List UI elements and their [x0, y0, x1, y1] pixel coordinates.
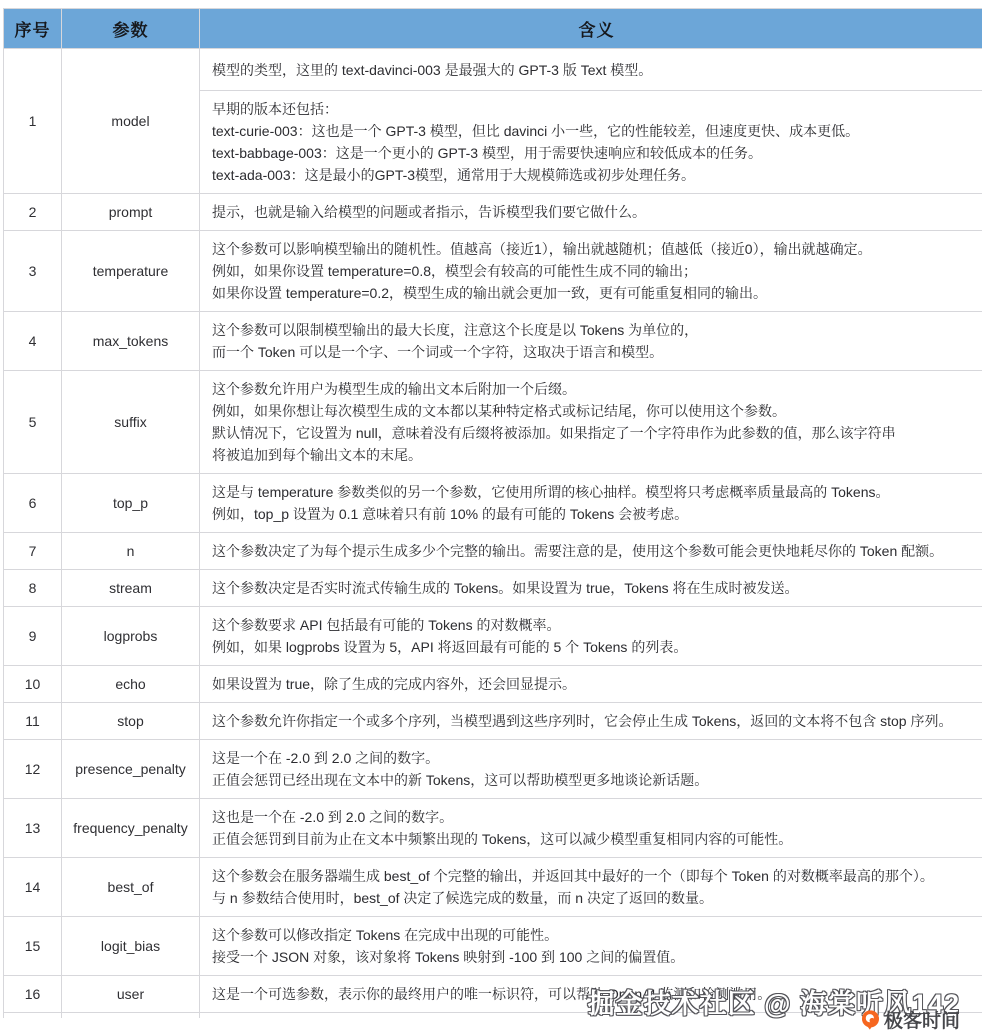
- table-row: 12 presence_penalty 这是一个在 -2.0 到 2.0 之间的…: [4, 740, 982, 799]
- table-row: 15 logit_bias 这个参数可以修改指定 Tokens 在完成中出现的可…: [4, 917, 982, 976]
- table-row: 6 top_p 这是与 temperature 参数类似的另一个参数，它使用所谓…: [4, 474, 982, 533]
- param-name-cell: frequency_penalty: [62, 799, 200, 858]
- param-name-cell: logprobs: [62, 607, 200, 666]
- row-number-cell: 9: [4, 607, 62, 666]
- row-number-cell: 15: [4, 917, 62, 976]
- brand-watermark: 极客时间: [860, 1006, 960, 1032]
- table-row: 10 echo 如果设置为 true，除了生成的完成内容外，还会回显提示。: [4, 666, 982, 703]
- param-name-cell: model: [62, 49, 200, 194]
- row-number-cell: 5: [4, 371, 62, 474]
- row-number-cell: 13: [4, 799, 62, 858]
- meaning-cell: 这个参数可以限制模型输出的最大长度，注意这个长度是以 Tokens 为单位的， …: [200, 312, 982, 371]
- table-row: 14 best_of 这个参数会在服务器端生成 best_of 个完整的输出，并…: [4, 858, 982, 917]
- header-col-meaning: 含义: [200, 9, 982, 49]
- meaning-cell: 如果设置为 true，除了生成的完成内容外，还会回显提示。: [200, 666, 982, 703]
- param-name-cell: stream: [62, 570, 200, 607]
- meaning-cell: 这个参数决定了为每个提示生成多少个完整的输出。需要注意的是，使用这个参数可能会更…: [200, 533, 982, 570]
- param-name-cell: temperature: [62, 231, 200, 312]
- table-header-row: 序号 参数 含义: [4, 9, 982, 49]
- row-number-cell: 11: [4, 703, 62, 740]
- meaning-cell: 这是一个在 -2.0 到 2.0 之间的数字。 正值会惩罚已经出现在文本中的新 …: [200, 740, 982, 799]
- row-number-cell: 10: [4, 666, 62, 703]
- meaning-cell: 这个参数会在服务器端生成 best_of 个完整的输出，并返回其中最好的一个（即…: [200, 858, 982, 917]
- row-number-cell: 1: [4, 49, 62, 194]
- meaning-cell: 提示，也就是输入给模型的问题或者指示，告诉模型我们要它做什么。: [200, 194, 982, 231]
- row-number-cell: 6: [4, 474, 62, 533]
- meaning-cell: 这个参数允许你指定一个或多个序列，当模型遇到这些序列时，它会停止生成 Token…: [200, 703, 982, 740]
- meaning-cell: 这个参数决定是否实时流式传输生成的 Tokens。如果设置为 true，Toke…: [200, 570, 982, 607]
- table-row: 11 stop 这个参数允许你指定一个或多个序列，当模型遇到这些序列时，它会停止…: [4, 703, 982, 740]
- table-row: 13 frequency_penalty 这也是一个在 -2.0 到 2.0 之…: [4, 799, 982, 858]
- meaning-cell: 这也是一个在 -2.0 到 2.0 之间的数字。 正值会惩罚到目前为止在文本中频…: [200, 799, 982, 858]
- row-number-cell: 2: [4, 194, 62, 231]
- row-number-cell: 12: [4, 740, 62, 799]
- table-row: 2 prompt 提示，也就是输入给模型的问题或者指示，告诉模型我们要它做什么。: [4, 194, 982, 231]
- meaning-cell: 这个参数可以修改指定 Tokens 在完成中出现的可能性。 接受一个 JSON …: [200, 917, 982, 976]
- meaning-cell: 模型的类型，这里的 text-davinci-003 是最强大的 GPT-3 版…: [200, 49, 982, 91]
- param-name-cell: user: [62, 976, 200, 1013]
- meaning-cell: 早期的版本还包括： text-curie-003：这也是一个 GPT-3 模型，…: [200, 91, 982, 194]
- param-name-cell: presence_penalty: [62, 740, 200, 799]
- table-row: 8 stream 这个参数决定是否实时流式传输生成的 Tokens。如果设置为 …: [4, 570, 982, 607]
- parameters-table-container: 序号 参数 含义 1 model 模型的类型，这里的 text-davinci-…: [3, 8, 982, 1018]
- row-number-cell: 14: [4, 858, 62, 917]
- row-number-cell: 3: [4, 231, 62, 312]
- header-col-number: 序号: [4, 9, 62, 49]
- meaning-cell: 这个参数可以影响模型输出的随机性。值越高（接近1），输出就越随机；值越低（接近0…: [200, 231, 982, 312]
- parameters-table: 序号 参数 含义 1 model 模型的类型，这里的 text-davinci-…: [3, 8, 982, 1018]
- param-name-cell: suffix: [62, 371, 200, 474]
- param-name-cell: prompt: [62, 194, 200, 231]
- param-name-cell: top_p: [62, 474, 200, 533]
- table-row: 4 max_tokens 这个参数可以限制模型输出的最大长度，注意这个长度是以 …: [4, 312, 982, 371]
- table-row: 9 logprobs 这个参数要求 API 包括最有可能的 Tokens 的对数…: [4, 607, 982, 666]
- row-number-cell: 8: [4, 570, 62, 607]
- row-number-cell: 4: [4, 312, 62, 371]
- param-name-cell: stop: [62, 703, 200, 740]
- meaning-cell: 这是与 temperature 参数类似的另一个参数，它使用所谓的核心抽样。模型…: [200, 474, 982, 533]
- row-number-cell: 7: [4, 533, 62, 570]
- row-number-cell: 16: [4, 976, 62, 1013]
- param-name-cell: logit_bias: [62, 917, 200, 976]
- param-name-cell: max_tokens: [62, 312, 200, 371]
- geektime-logo-icon: [860, 1009, 881, 1030]
- meaning-cell: 这个参数允许用户为模型生成的输出文本后附加一个后缀。 例如，如果你想让每次模型生…: [200, 371, 982, 474]
- table-row: 5 suffix 这个参数允许用户为模型生成的输出文本后附加一个后缀。 例如，如…: [4, 371, 982, 474]
- meaning-cell: 这个参数要求 API 包括最有可能的 Tokens 的对数概率。 例如，如果 l…: [200, 607, 982, 666]
- param-name-cell: n: [62, 533, 200, 570]
- header-col-parameter: 参数: [62, 9, 200, 49]
- param-name-cell: best_of: [62, 858, 200, 917]
- brand-watermark-label: 极客时间: [884, 1006, 960, 1032]
- param-name-cell: echo: [62, 666, 200, 703]
- table-row: 3 temperature 这个参数可以影响模型输出的随机性。值越高（接近1），…: [4, 231, 982, 312]
- table-row: 7 n 这个参数决定了为每个提示生成多少个完整的输出。需要注意的是，使用这个参数…: [4, 533, 982, 570]
- table-row: 1 model 模型的类型，这里的 text-davinci-003 是最强大的…: [4, 49, 982, 91]
